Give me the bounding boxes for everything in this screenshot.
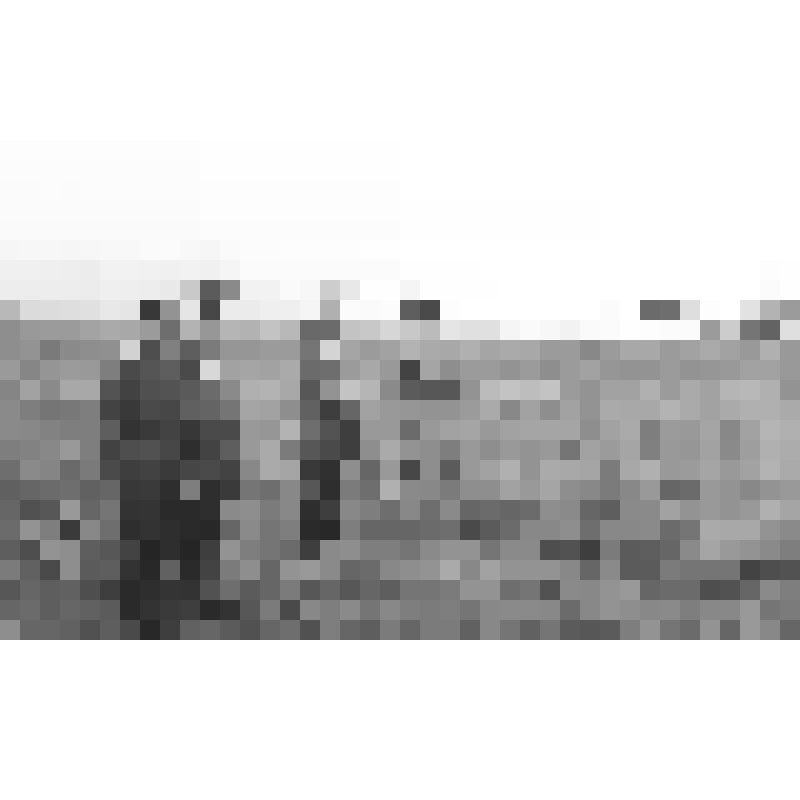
- pixel-block: [440, 540, 460, 560]
- pixel-block: [520, 300, 540, 320]
- pixel-block: [120, 320, 140, 340]
- pixel-block: [260, 180, 280, 200]
- pixel-block: [60, 400, 80, 420]
- pixel-block: [260, 300, 280, 320]
- pixel-block: [340, 420, 360, 440]
- pixel-block: [400, 520, 420, 540]
- pixel-block: [0, 380, 20, 400]
- pixel-block: [220, 420, 240, 440]
- page-background: [0, 0, 800, 800]
- pixel-block: [640, 560, 660, 580]
- pixel-block: [220, 400, 240, 420]
- pixel-block: [60, 280, 80, 300]
- pixel-block: [160, 520, 180, 540]
- pixel-block: [660, 560, 680, 580]
- pixel-block: [280, 180, 300, 200]
- pixel-block: [40, 460, 60, 480]
- pixel-block: [180, 200, 200, 220]
- pixel-block: [700, 260, 720, 280]
- pixel-block: [700, 480, 720, 500]
- pixel-block: [620, 180, 640, 200]
- pixel-block: [120, 620, 140, 640]
- pixel-block: [300, 240, 320, 260]
- pixel-block: [280, 420, 300, 440]
- pixel-block: [700, 240, 720, 260]
- pixel-block: [780, 620, 800, 640]
- pixel-block: [60, 620, 80, 640]
- pixel-block: [740, 340, 760, 360]
- pixel-block: [320, 240, 340, 260]
- pixel-block: [540, 220, 560, 240]
- pixel-block: [720, 420, 740, 440]
- pixel-block: [680, 280, 700, 300]
- pixel-block: [320, 380, 340, 400]
- pixel-block: [660, 580, 680, 600]
- pixel-block: [140, 340, 160, 360]
- pixel-block: [700, 600, 720, 620]
- pixel-block: [460, 540, 480, 560]
- pixel-block: [640, 600, 660, 620]
- pixel-block: [0, 440, 20, 460]
- pixel-block: [120, 480, 140, 500]
- pixel-block: [740, 200, 760, 220]
- pixel-block: [540, 500, 560, 520]
- pixel-block: [620, 580, 640, 600]
- pixel-block: [540, 320, 560, 340]
- pixel-block: [600, 620, 620, 640]
- pixel-block: [160, 560, 180, 580]
- pixel-block: [100, 560, 120, 580]
- pixel-block: [0, 360, 20, 380]
- pixel-block: [240, 460, 260, 480]
- pixel-block: [520, 500, 540, 520]
- pixel-block: [200, 460, 220, 480]
- pixel-block: [80, 560, 100, 580]
- pixel-block: [500, 380, 520, 400]
- pixel-block: [300, 560, 320, 580]
- pixel-block: [320, 340, 340, 360]
- pixel-block: [220, 440, 240, 460]
- pixel-block: [420, 340, 440, 360]
- pixel-block: [600, 480, 620, 500]
- pixel-block: [140, 320, 160, 340]
- pixel-block: [560, 360, 580, 380]
- pixel-block: [340, 520, 360, 540]
- pixel-block: [240, 180, 260, 200]
- pixel-block: [340, 220, 360, 240]
- pixel-block: [280, 140, 300, 160]
- pixel-block: [480, 540, 500, 560]
- pixel-block: [320, 220, 340, 240]
- pixel-block: [780, 300, 800, 320]
- pixel-block: [200, 400, 220, 420]
- pixel-block: [120, 500, 140, 520]
- pixel-block: [140, 440, 160, 460]
- pixel-block: [640, 300, 660, 320]
- pixel-block: [360, 380, 380, 400]
- pixel-block: [660, 240, 680, 260]
- pixel-block: [200, 160, 220, 180]
- pixel-block: [220, 500, 240, 520]
- pixel-block: [140, 500, 160, 520]
- pixel-block: [600, 600, 620, 620]
- pixel-block: [340, 160, 360, 180]
- pixel-block: [360, 200, 380, 220]
- pixel-block: [40, 140, 60, 160]
- pixel-block: [340, 200, 360, 220]
- pixel-block: [680, 220, 700, 240]
- pixel-block: [780, 260, 800, 280]
- pixel-block: [480, 240, 500, 260]
- pixel-block: [400, 400, 420, 420]
- pixel-block: [380, 180, 400, 200]
- pixel-block: [160, 320, 180, 340]
- pixel-block: [280, 400, 300, 420]
- pixel-block: [20, 200, 40, 220]
- pixel-block: [80, 400, 100, 420]
- pixel-block: [460, 160, 480, 180]
- pixel-block: [440, 280, 460, 300]
- pixel-block: [400, 380, 420, 400]
- pixel-block: [500, 220, 520, 240]
- pixel-block: [480, 600, 500, 620]
- pixel-block: [460, 200, 480, 220]
- pixel-block: [140, 420, 160, 440]
- pixel-block: [580, 160, 600, 180]
- pixel-block: [440, 260, 460, 280]
- pixel-block: [380, 140, 400, 160]
- pixel-block: [480, 260, 500, 280]
- pixel-block: [760, 340, 780, 360]
- pixel-block: [640, 440, 660, 460]
- pixel-block: [440, 140, 460, 160]
- pixel-block: [420, 580, 440, 600]
- pixel-block: [720, 300, 740, 320]
- pixel-block: [180, 460, 200, 480]
- pixel-block: [480, 480, 500, 500]
- pixel-block: [80, 240, 100, 260]
- pixel-block: [660, 520, 680, 540]
- pixel-block: [0, 620, 20, 640]
- pixel-block: [60, 540, 80, 560]
- pixel-block: [200, 420, 220, 440]
- pixel-block: [460, 280, 480, 300]
- pixel-block: [380, 520, 400, 540]
- pixel-block: [520, 580, 540, 600]
- pixel-block: [60, 240, 80, 260]
- pixel-block: [520, 180, 540, 200]
- pixel-block: [640, 580, 660, 600]
- pixel-block: [480, 220, 500, 240]
- pixel-block: [360, 180, 380, 200]
- pixel-block: [160, 460, 180, 480]
- pixel-block: [320, 520, 340, 540]
- pixel-block: [420, 240, 440, 260]
- pixel-block: [380, 580, 400, 600]
- pixel-block: [760, 540, 780, 560]
- pixel-block: [60, 420, 80, 440]
- pixel-block: [620, 160, 640, 180]
- pixel-block: [380, 560, 400, 580]
- pixel-block: [440, 460, 460, 480]
- pixel-block: [740, 160, 760, 180]
- pixel-block: [780, 380, 800, 400]
- pixel-block: [680, 500, 700, 520]
- pixel-block: [640, 460, 660, 480]
- pixel-block: [120, 540, 140, 560]
- pixel-block: [60, 480, 80, 500]
- pixel-block: [440, 600, 460, 620]
- pixel-block: [440, 200, 460, 220]
- pixel-block: [700, 180, 720, 200]
- pixel-block: [560, 320, 580, 340]
- pixel-block: [700, 620, 720, 640]
- pixel-block: [100, 340, 120, 360]
- pixel-block: [460, 300, 480, 320]
- pixel-block: [540, 260, 560, 280]
- pixel-block: [0, 160, 20, 180]
- pixel-block: [380, 260, 400, 280]
- pixel-block: [320, 260, 340, 280]
- pixel-block: [280, 520, 300, 540]
- pixel-block: [240, 140, 260, 160]
- pixel-block: [100, 520, 120, 540]
- pixel-block: [140, 600, 160, 620]
- pixel-block: [780, 280, 800, 300]
- pixel-block: [260, 380, 280, 400]
- pixel-block: [560, 580, 580, 600]
- pixel-block: [720, 460, 740, 480]
- pixel-block: [180, 180, 200, 200]
- pixel-block: [440, 580, 460, 600]
- pixel-block: [540, 380, 560, 400]
- pixel-block: [260, 160, 280, 180]
- pixel-block: [580, 200, 600, 220]
- pixel-block: [760, 360, 780, 380]
- pixel-block: [740, 220, 760, 240]
- pixel-block: [20, 440, 40, 460]
- pixel-block: [420, 600, 440, 620]
- pixel-block: [580, 520, 600, 540]
- pixel-block: [460, 560, 480, 580]
- pixel-block: [600, 460, 620, 480]
- pixel-block: [500, 480, 520, 500]
- pixel-block: [540, 280, 560, 300]
- pixel-block: [160, 240, 180, 260]
- pixel-block: [20, 300, 40, 320]
- pixel-block: [300, 220, 320, 240]
- pixel-block: [20, 240, 40, 260]
- pixel-block: [440, 560, 460, 580]
- pixel-block: [100, 540, 120, 560]
- pixel-block: [740, 400, 760, 420]
- pixel-block: [620, 480, 640, 500]
- pixel-block: [580, 500, 600, 520]
- pixel-block: [280, 320, 300, 340]
- pixel-block: [40, 620, 60, 640]
- pixel-block: [460, 340, 480, 360]
- pixel-block: [140, 460, 160, 480]
- pixel-block: [360, 420, 380, 440]
- pixel-block: [580, 260, 600, 280]
- pixel-block: [640, 360, 660, 380]
- pixel-block: [720, 200, 740, 220]
- pixel-block: [320, 320, 340, 340]
- pixel-block: [60, 500, 80, 520]
- pixel-block: [240, 240, 260, 260]
- pixel-block: [360, 160, 380, 180]
- pixel-block: [300, 400, 320, 420]
- pixel-block: [500, 560, 520, 580]
- pixel-block: [20, 420, 40, 440]
- pixel-block: [760, 480, 780, 500]
- pixel-block: [600, 160, 620, 180]
- pixel-block: [640, 540, 660, 560]
- pixel-block: [440, 620, 460, 640]
- pixel-block: [660, 340, 680, 360]
- pixel-block: [20, 460, 40, 480]
- pixel-block: [300, 320, 320, 340]
- pixel-block: [200, 300, 220, 320]
- pixel-block: [720, 180, 740, 200]
- pixel-block: [180, 160, 200, 180]
- pixel-block: [480, 440, 500, 460]
- pixel-block: [220, 280, 240, 300]
- pixel-block: [260, 260, 280, 280]
- pixel-block: [340, 460, 360, 480]
- pixel-block: [380, 340, 400, 360]
- pixel-block: [400, 540, 420, 560]
- pixel-block: [360, 560, 380, 580]
- pixel-block: [780, 140, 800, 160]
- pixel-block: [260, 200, 280, 220]
- pixel-block: [100, 480, 120, 500]
- pixel-block: [680, 400, 700, 420]
- pixel-block: [460, 420, 480, 440]
- pixel-block: [320, 400, 340, 420]
- pixel-block: [100, 420, 120, 440]
- pixel-block: [660, 360, 680, 380]
- pixel-block: [740, 260, 760, 280]
- pixel-block: [340, 280, 360, 300]
- pixel-block: [400, 260, 420, 280]
- pixel-block: [60, 300, 80, 320]
- pixel-block: [740, 380, 760, 400]
- pixel-block: [720, 580, 740, 600]
- pixel-block: [180, 220, 200, 240]
- pixel-block: [180, 540, 200, 560]
- pixel-block: [460, 520, 480, 540]
- pixel-block: [140, 560, 160, 580]
- pixel-block: [660, 420, 680, 440]
- pixel-block: [640, 160, 660, 180]
- pixel-block: [780, 200, 800, 220]
- pixel-block: [40, 340, 60, 360]
- pixel-block: [420, 360, 440, 380]
- pixel-block: [0, 560, 20, 580]
- pixel-block: [300, 260, 320, 280]
- pixel-block: [480, 340, 500, 360]
- pixel-block: [60, 140, 80, 160]
- pixel-block: [600, 500, 620, 520]
- pixel-block: [560, 600, 580, 620]
- pixel-block: [100, 300, 120, 320]
- pixel-block: [420, 480, 440, 500]
- pixel-block: [220, 360, 240, 380]
- pixel-block: [380, 620, 400, 640]
- pixel-block: [20, 560, 40, 580]
- pixel-block: [600, 440, 620, 460]
- pixel-block: [240, 260, 260, 280]
- pixel-block: [440, 320, 460, 340]
- pixel-block: [680, 300, 700, 320]
- pixel-block: [120, 180, 140, 200]
- pixel-block: [140, 400, 160, 420]
- pixel-block: [220, 160, 240, 180]
- pixel-block: [680, 620, 700, 640]
- pixel-block: [260, 280, 280, 300]
- pixel-block: [0, 260, 20, 280]
- pixel-block: [500, 580, 520, 600]
- pixel-block: [680, 540, 700, 560]
- pixel-block: [560, 460, 580, 480]
- pixel-block: [280, 620, 300, 640]
- pixel-block: [260, 460, 280, 480]
- pixel-block: [380, 400, 400, 420]
- pixel-block: [700, 220, 720, 240]
- pixel-block: [760, 620, 780, 640]
- pixel-block: [280, 560, 300, 580]
- pixel-block: [160, 200, 180, 220]
- pixel-block: [420, 180, 440, 200]
- pixel-block: [20, 140, 40, 160]
- pixel-block: [120, 140, 140, 160]
- pixel-block: [620, 600, 640, 620]
- pixel-block: [440, 520, 460, 540]
- pixel-block: [160, 160, 180, 180]
- pixel-block: [680, 180, 700, 200]
- pixel-block: [620, 220, 640, 240]
- pixel-block: [660, 380, 680, 400]
- pixel-block: [40, 440, 60, 460]
- pixel-block: [100, 160, 120, 180]
- pixel-block: [680, 420, 700, 440]
- pixel-block: [280, 200, 300, 220]
- pixel-block: [700, 460, 720, 480]
- pixel-block: [600, 540, 620, 560]
- pixel-block: [720, 140, 740, 160]
- pixel-block: [520, 480, 540, 500]
- pixel-block: [720, 240, 740, 260]
- pixel-block: [220, 260, 240, 280]
- pixel-block: [740, 140, 760, 160]
- pixel-block: [40, 560, 60, 580]
- pixel-block: [680, 520, 700, 540]
- pixel-block: [540, 580, 560, 600]
- pixel-block: [180, 440, 200, 460]
- pixel-block: [760, 520, 780, 540]
- pixel-block: [680, 480, 700, 500]
- pixel-block: [740, 240, 760, 260]
- pixel-block: [40, 240, 60, 260]
- pixel-block: [340, 400, 360, 420]
- pixel-block: [680, 440, 700, 460]
- pixel-block: [440, 340, 460, 360]
- pixel-block: [100, 500, 120, 520]
- pixel-block: [740, 500, 760, 520]
- pixel-block: [500, 240, 520, 260]
- pixel-block: [460, 140, 480, 160]
